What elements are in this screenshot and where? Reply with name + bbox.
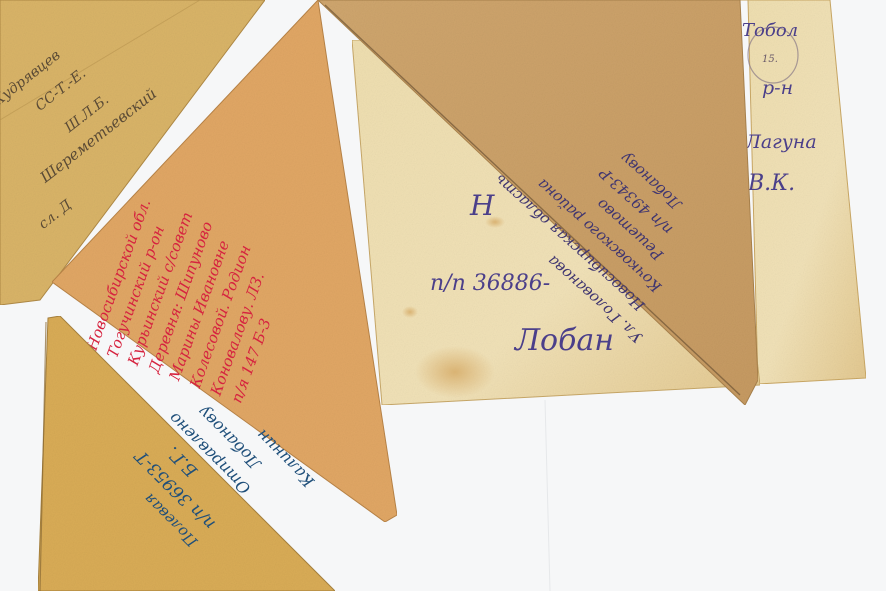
postmark-date: 15. (762, 54, 778, 65)
photo-scene: Тобол 15. р-н Лагуна В.К. Н п/п 36886- Л… (0, 0, 886, 591)
right-envelope-line-4: В.К. (747, 171, 795, 196)
center-envelope-line-2: п/п 36886- (430, 271, 550, 296)
right-envelope-line-3: Лагуна (744, 131, 817, 153)
center-envelope-line-1: Н (469, 189, 495, 222)
right-envelope-line-2: р-н (762, 77, 793, 99)
center-envelope-line-3: Лобан (513, 323, 614, 358)
right-envelope-line-1: Тобол (742, 20, 798, 41)
letters-photo: Тобол 15. р-н Лагуна В.К. Н п/п 36886- Л… (0, 0, 886, 591)
